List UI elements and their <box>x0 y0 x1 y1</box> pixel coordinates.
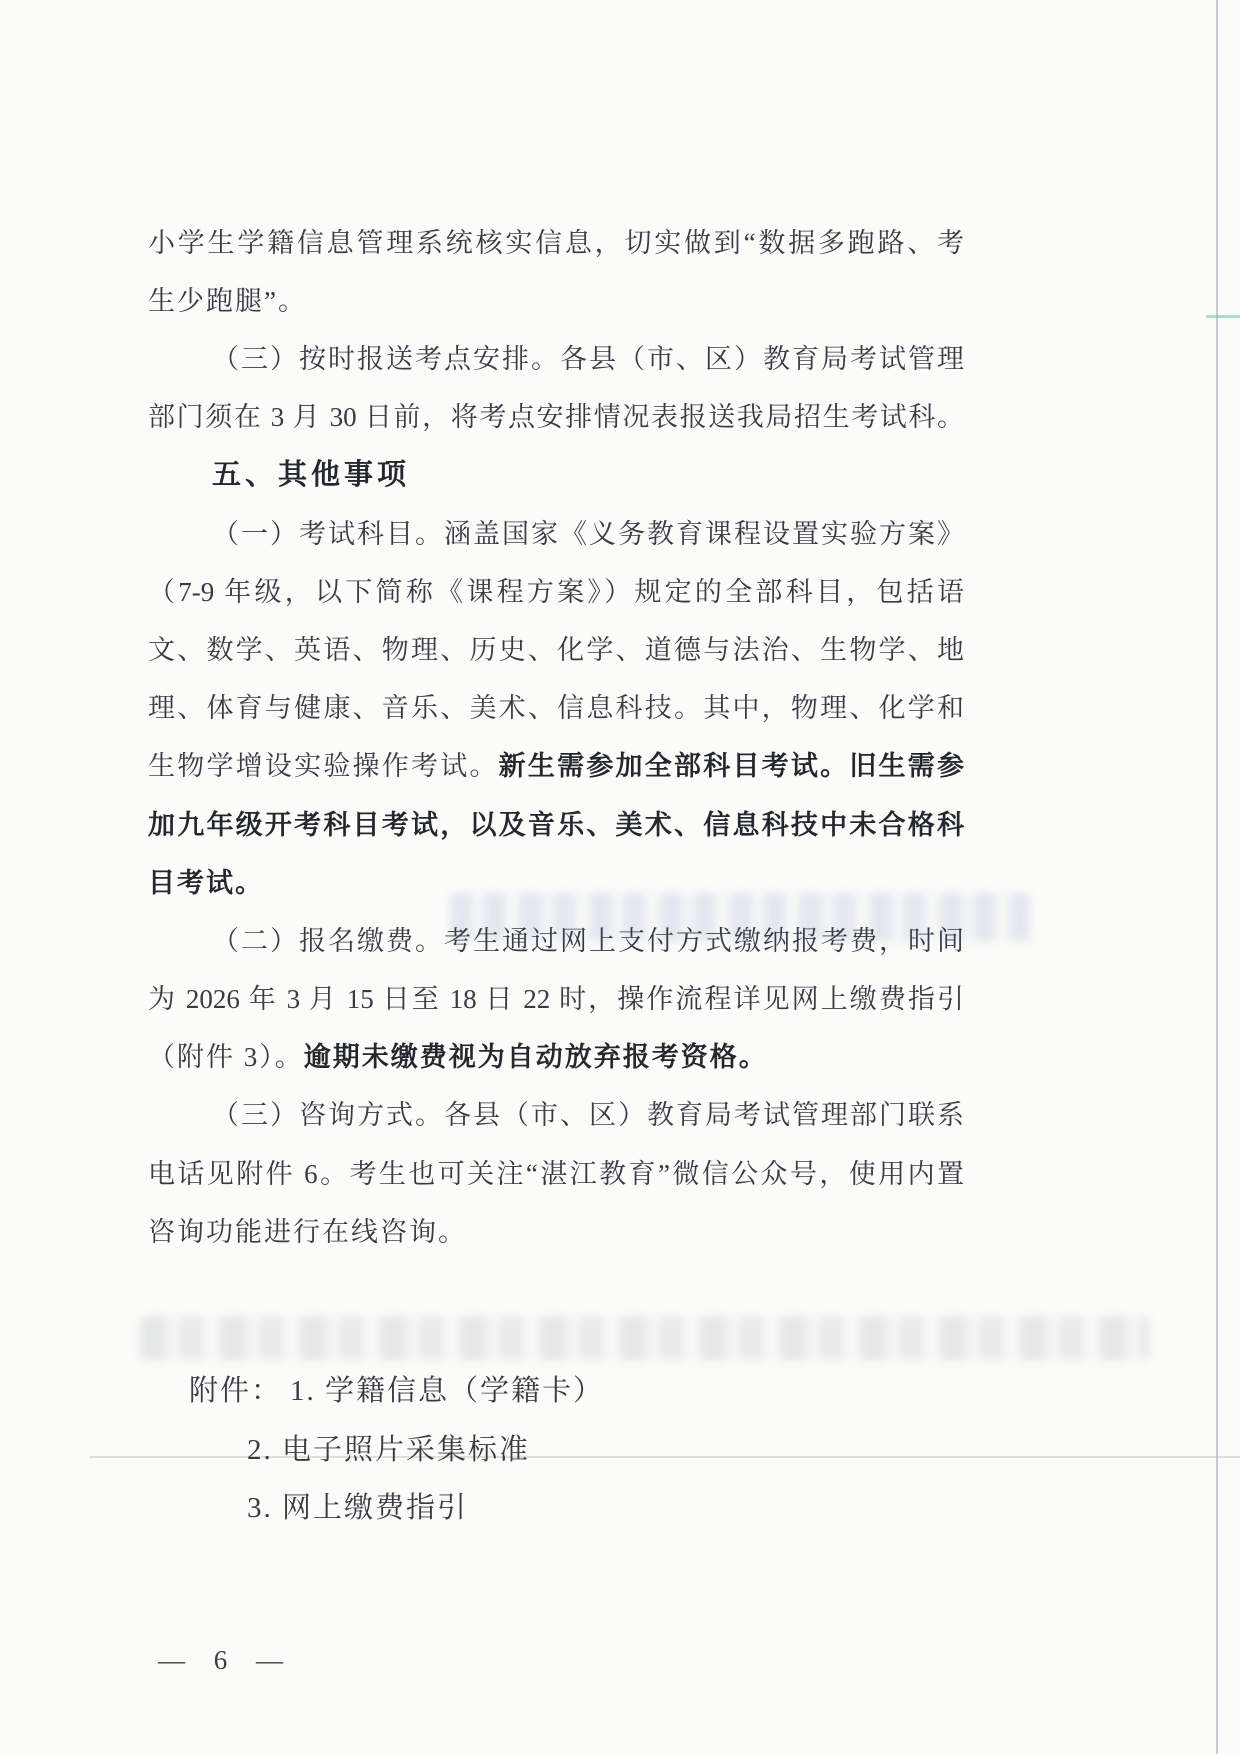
body-line: 部门须在 3 月 30 日前，将考点安排情况表报送我局招生考试科。 <box>148 398 964 436</box>
bleedthrough-smudge <box>140 1316 1150 1360</box>
emphasized-text: 新生需参加全部科目考试。旧生需参 <box>499 751 964 781</box>
document-page: 小学生学籍信息管理系统核实信息，切实做到“数据多跑路、考 生少跑腿”。 （三）按… <box>0 0 1240 1754</box>
body-line: 电话见附件 6。考生也可关注“湛江教育”微信公众号，使用内置 <box>148 1155 964 1193</box>
attachments-label: 附件： <box>189 1375 282 1407</box>
body-text: （附件 3）。 <box>148 1042 304 1072</box>
scan-edge-line <box>1216 0 1218 1754</box>
body-line: 咨询功能进行在线咨询。 <box>148 1213 964 1251</box>
body-line: 小学生学籍信息管理系统核实信息，切实做到“数据多跑路、考 <box>148 224 964 262</box>
body-line: （7-9 年级，以下简称《课程方案》）规定的全部科目，包括语 <box>148 573 964 611</box>
scan-artifact-tick <box>1206 315 1240 318</box>
body-line: （一）考试科目。涵盖国家《义务教育课程设置实验方案》 <box>148 515 964 553</box>
body-line: 生物学增设实验操作考试。新生需参加全部科目考试。旧生需参 <box>148 747 964 785</box>
body-line: （三）咨询方式。各县（市、区）教育局考试管理部门联系 <box>148 1096 964 1134</box>
emphasized-text: 逾期未缴费视为自动放弃报考资格。 <box>304 1042 768 1072</box>
body-line: 为 2026 年 3 月 15 日至 18 日 22 时，操作流程详见网上缴费指… <box>148 980 964 1018</box>
body-line: 理、体育与健康、音乐、美术、信息科技。其中，物理、化学和 <box>148 689 964 727</box>
body-line: 加九年级开考科目考试，以及音乐、美术、信息科技中未合格科 <box>148 806 964 844</box>
body-line: （三）按时报送考点安排。各县（市、区）教育局考试管理 <box>148 340 964 378</box>
attachment-item: 附件：1. 学籍信息（学籍卡） <box>189 1372 1089 1410</box>
attachment-title: 3. 网上缴费指引 <box>247 1492 468 1524</box>
body-line: （二）报名缴费。考生通过网上支付方式缴纳报考费，时间 <box>148 922 964 960</box>
body-text: 生物学增设实验操作考试。 <box>148 751 499 781</box>
page-number: — 6 — <box>158 1645 289 1676</box>
body-line: 文、数学、英语、物理、历史、化学、道德与法治、生物学、地 <box>148 631 964 669</box>
attachment-item: 2. 电子照片采集标准 <box>247 1431 1147 1469</box>
body-line: 生少跑腿”。 <box>148 282 964 320</box>
attachment-title: 2. 电子照片采集标准 <box>247 1434 530 1466</box>
body-line: （附件 3）。逾期未缴费视为自动放弃报考资格。 <box>148 1038 964 1076</box>
body-line: 目考试。 <box>148 864 964 902</box>
attachment-title: 1. 学籍信息（学籍卡） <box>290 1375 604 1407</box>
attachment-item: 3. 网上缴费指引 <box>247 1489 1147 1527</box>
section-heading: 五、其他事项 <box>148 456 964 494</box>
